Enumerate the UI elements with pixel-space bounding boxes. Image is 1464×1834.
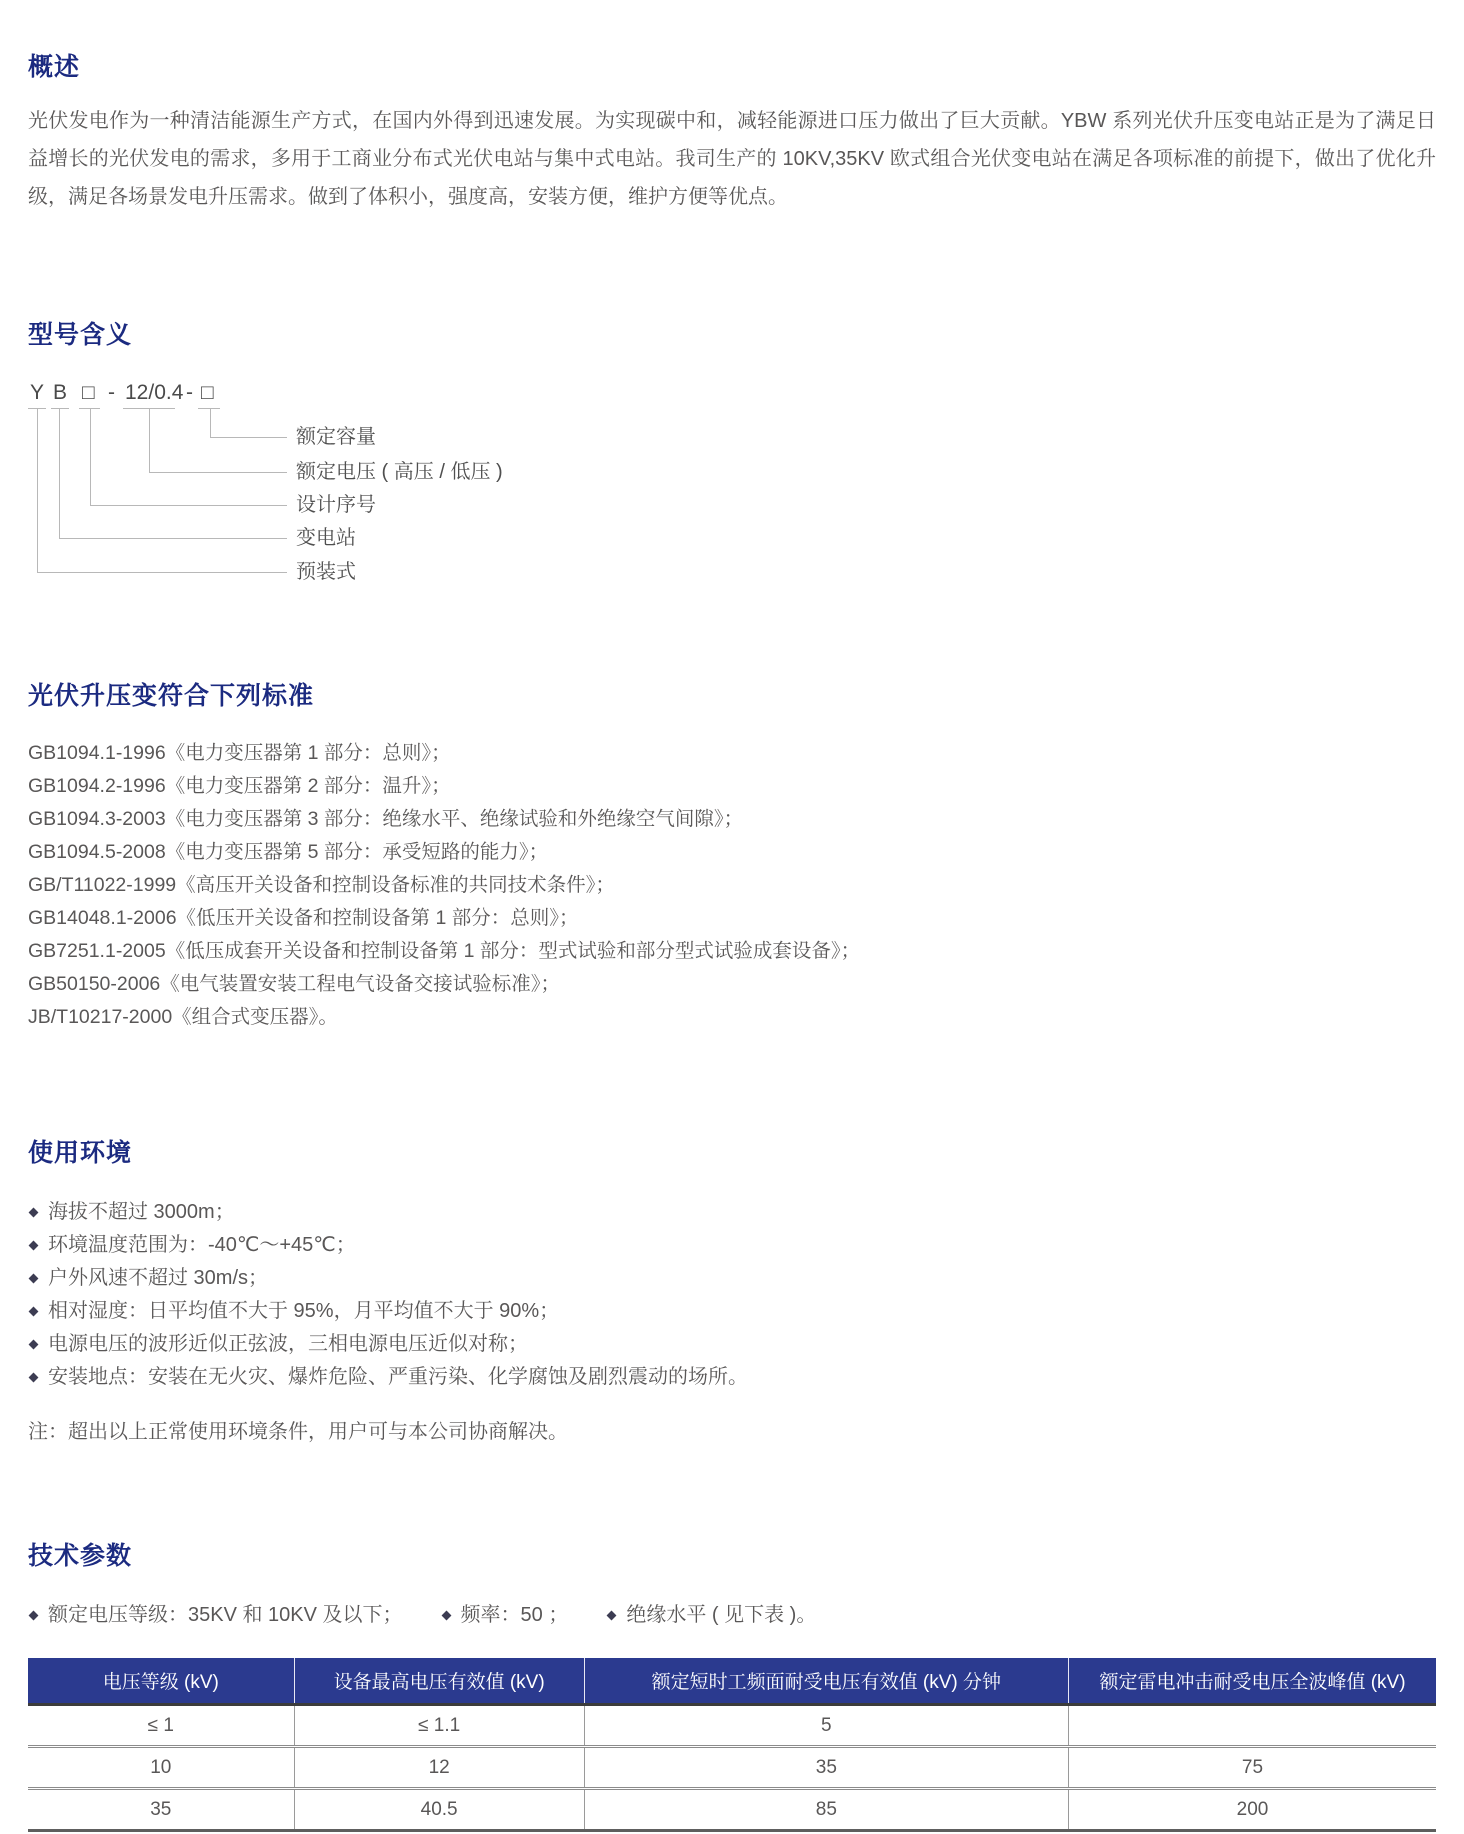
table-cell: 35 <box>584 1747 1068 1789</box>
model-diagram: Y B □ - 12/0.4 - □ 额定容量 额定电压 ( 高压 / 低压 )… <box>28 380 1436 595</box>
table-header-row: 电压等级 (kV) 设备最高电压有效值 (kV) 额定短时工频面耐受电压有效值 … <box>28 1658 1436 1705</box>
table-cell: ≤ 1 <box>28 1705 294 1747</box>
model-label-rated-capacity: 额定容量 <box>296 424 376 450</box>
standard-item: GB1094.3-2003《电力变压器第 3 部分：绝缘水平、绝缘试验和外绝缘空… <box>28 803 1436 836</box>
environment-item-text: 环境温度范围为：-40℃～+45℃； <box>48 1229 356 1262</box>
standard-item: GB14048.1-2006《低压开关设备和控制设备第 1 部分：总则》； <box>28 902 1436 935</box>
diamond-bullet-icon <box>29 1611 39 1621</box>
table-header-max-voltage: 设备最高电压有效值 (kV) <box>294 1658 584 1705</box>
model-label-design-serial: 设计序号 <box>296 492 376 518</box>
diamond-bullet-icon <box>29 1274 39 1284</box>
table-cell: 200 <box>1069 1789 1437 1831</box>
table-cell: ≤ 1.1 <box>294 1705 584 1747</box>
parameters-bullet: 频率：50 ； <box>441 1599 569 1632</box>
parameters-bullet-text: 额定电压等级：35KV 和 10KV 及以下； <box>48 1599 403 1632</box>
overview-heading: 概述 <box>28 52 1436 82</box>
model-label-prefabricated: 预装式 <box>296 559 356 585</box>
table-row: ≤ 1 ≤ 1.1 5 <box>28 1705 1436 1747</box>
standard-item: GB1094.5-2008《电力变压器第 5 部分：承受短路的能力》； <box>28 836 1436 869</box>
parameters-heading: 技术参数 <box>28 1541 1436 1571</box>
parameters-bullet: 额定电压等级：35KV 和 10KV 及以下； <box>28 1599 403 1632</box>
diamond-bullet-icon <box>29 1307 39 1317</box>
document-page: 概述 光伏发电作为一种清洁能源生产方式，在国内外得到迅速发展。为实现碳中和，减轻… <box>0 0 1464 1832</box>
environment-item-text: 海拔不超过 3000m； <box>48 1196 235 1229</box>
standard-item: GB7251.1-2005《低压成套开关设备和控制设备第 1 部分：型式试验和部… <box>28 935 1436 968</box>
table-cell: 35 <box>28 1789 294 1831</box>
table-header-voltage-class: 电压等级 (kV) <box>28 1658 294 1705</box>
model-token-y: Y <box>30 380 44 406</box>
model-label-rated-voltage: 额定电压 ( 高压 / 低压 ) <box>296 459 503 485</box>
model-token-ratio: 12/0.4 <box>125 380 183 406</box>
table-cell <box>1069 1705 1437 1747</box>
table-row: 35 40.5 85 200 <box>28 1789 1436 1831</box>
environment-list: 海拔不超过 3000m； 环境温度范围为：-40℃～+45℃； 户外风速不超过 … <box>28 1196 1436 1394</box>
diamond-bullet-icon <box>29 1241 39 1251</box>
environment-note: 注：超出以上正常使用环境条件，用户可与本公司协商解决。 <box>28 1416 1436 1449</box>
table-cell: 5 <box>584 1705 1068 1747</box>
diamond-bullet-icon <box>29 1208 39 1218</box>
standard-item: GB/T11022-1999《高压开关设备和控制设备标准的共同技术条件》； <box>28 869 1436 902</box>
table-cell: 10 <box>28 1747 294 1789</box>
section-standards: 光伏升压变符合下列标准 GB1094.1-1996《电力变压器第 1 部分：总则… <box>28 681 1436 1034</box>
connector-line <box>37 409 287 573</box>
environment-item: 户外风速不超过 30m/s； <box>28 1262 1436 1295</box>
parameters-bullet-text: 频率：50 ； <box>461 1599 569 1632</box>
model-token-box2: □ <box>201 380 214 406</box>
parameters-bullets: 额定电压等级：35KV 和 10KV 及以下； 频率：50 ； 绝缘水平 ( 见… <box>28 1599 1436 1632</box>
model-label-substation: 变电站 <box>296 525 356 551</box>
section-environment: 使用环境 海拔不超过 3000m； 环境温度范围为：-40℃～+45℃； 户外风… <box>28 1138 1436 1449</box>
table-cell: 12 <box>294 1747 584 1789</box>
standards-list: GB1094.1-1996《电力变压器第 1 部分：总则》； GB1094.2-… <box>28 737 1436 1034</box>
diamond-bullet-icon <box>29 1373 39 1383</box>
environment-item-text: 安装地点：安装在无火灾、爆炸危险、严重污染、化学腐蚀及剧烈震动的场所。 <box>48 1361 748 1394</box>
insulation-level-table: 电压等级 (kV) 设备最高电压有效值 (kV) 额定短时工频面耐受电压有效值 … <box>28 1658 1436 1832</box>
diamond-bullet-icon <box>441 1611 451 1621</box>
standards-heading: 光伏升压变符合下列标准 <box>28 681 1436 711</box>
parameters-bullet: 绝缘水平 ( 见下表 )。 <box>606 1599 816 1632</box>
environment-item: 电源电压的波形近似正弦波，三相电源电压近似对称； <box>28 1328 1436 1361</box>
diamond-bullet-icon <box>607 1611 617 1621</box>
diamond-bullet-icon <box>29 1340 39 1350</box>
overview-paragraph: 光伏发电作为一种清洁能源生产方式，在国内外得到迅速发展。为实现碳中和，减轻能源进… <box>28 102 1436 216</box>
model-heading: 型号含义 <box>28 320 1436 350</box>
table-cell: 85 <box>584 1789 1068 1831</box>
model-token-dash1: - <box>108 380 115 406</box>
environment-item-text: 电源电压的波形近似正弦波，三相电源电压近似对称； <box>48 1328 528 1361</box>
standard-item: GB1094.2-1996《电力变压器第 2 部分：温升》； <box>28 770 1436 803</box>
model-token-dash2: - <box>186 380 193 406</box>
parameters-bullet-text: 绝缘水平 ( 见下表 )。 <box>626 1599 816 1632</box>
standard-item: GB1094.1-1996《电力变压器第 1 部分：总则》； <box>28 737 1436 770</box>
model-token-box1: □ <box>82 380 95 406</box>
environment-heading: 使用环境 <box>28 1138 1436 1168</box>
table-header-power-freq-withstand: 额定短时工频面耐受电压有效值 (kV) 分钟 <box>584 1658 1068 1705</box>
section-overview: 概述 光伏发电作为一种清洁能源生产方式，在国内外得到迅速发展。为实现碳中和，减轻… <box>28 52 1436 216</box>
section-parameters: 技术参数 额定电压等级：35KV 和 10KV 及以下； 频率：50 ； 绝缘水… <box>28 1541 1436 1832</box>
section-model-meaning: 型号含义 Y B □ - 12/0.4 - □ 额定容量 额定电压 ( 高压 /… <box>28 320 1436 595</box>
table-row: 10 12 35 75 <box>28 1747 1436 1789</box>
environment-item: 环境温度范围为：-40℃～+45℃； <box>28 1229 1436 1262</box>
environment-item: 相对湿度：日平均值不大于 95%，月平均值不大于 90%； <box>28 1295 1436 1328</box>
table-cell: 40.5 <box>294 1789 584 1831</box>
table-header-lightning-impulse: 额定雷电冲击耐受电压全波峰值 (kV) <box>1069 1658 1437 1705</box>
environment-item: 安装地点：安装在无火灾、爆炸危险、严重污染、化学腐蚀及剧烈震动的场所。 <box>28 1361 1436 1394</box>
standard-item: JB/T10217-2000《组合式变压器》。 <box>28 1001 1436 1034</box>
environment-item-text: 相对湿度：日平均值不大于 95%，月平均值不大于 90%； <box>48 1295 559 1328</box>
standard-item: GB50150-2006《电气装置安装工程电气设备交接试验标准》； <box>28 968 1436 1001</box>
environment-item: 海拔不超过 3000m； <box>28 1196 1436 1229</box>
environment-item-text: 户外风速不超过 30m/s； <box>48 1262 268 1295</box>
table-cell: 75 <box>1069 1747 1437 1789</box>
model-token-b: B <box>53 380 67 406</box>
